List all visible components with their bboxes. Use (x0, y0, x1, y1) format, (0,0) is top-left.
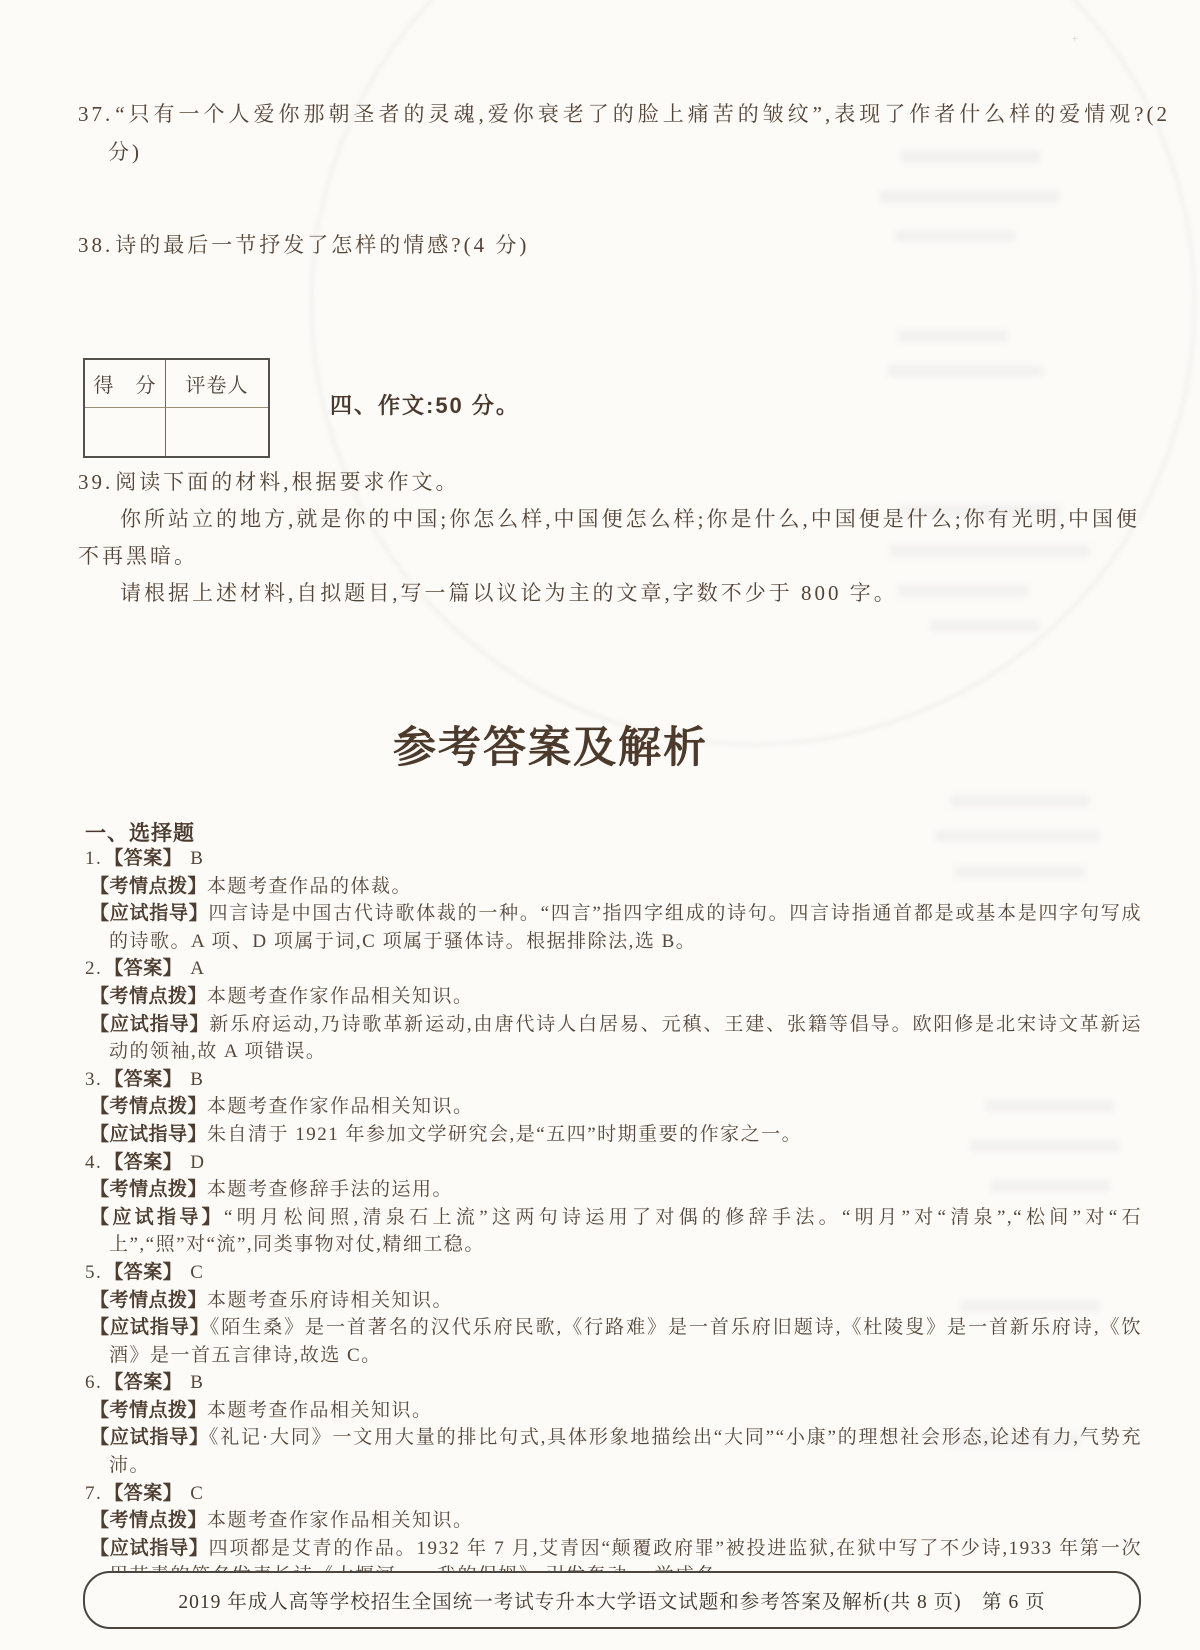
points-text: 本题考查作家作品相关知识。 (207, 986, 474, 1007)
points-text: 本题考查作品相关知识。 (207, 1400, 433, 1421)
answer-item-3: 3.【答案】B 【考情点拨】本题考查作家作品相关知识。 【应试指导】朱自清于 1… (85, 1066, 1142, 1149)
answer-item-4: 4.【答案】D 【考情点拨】本题考查修辞手法的运用。 【应试指导】“明月松间照,… (85, 1149, 1142, 1259)
scanned-exam-page: + 37.“只有一个人爱你那朝圣者的灵魂,爱你衰老了的脸上痛苦的皱纹”,表现了作… (0, 0, 1200, 1650)
answer-letter: B (190, 1069, 204, 1090)
answer-label: 【答案】 (104, 1372, 182, 1393)
item-number: 6. (85, 1372, 102, 1393)
answer-item-5: 5.【答案】C 【考情点拨】本题考查乐府诗相关知识。 【应试指导】《陌生桑》是一… (85, 1259, 1142, 1369)
points-label: 【考情点拨】 (90, 876, 207, 897)
question-lead: 阅读下面的材料,根据要求作文。 (115, 470, 459, 494)
score-header-cell: 得 分 (85, 360, 166, 408)
essay-material: 你所站立的地方,就是你的中国;你怎么样,中国便怎么样;你是什么,中国便是什么;你… (78, 501, 1140, 575)
points-text: 本题考查乐府诗相关知识。 (207, 1290, 453, 1311)
bleed-through-artifact (880, 190, 1060, 203)
answers-list: 1.【答案】B 【考情点拨】本题考查作品的体裁。 【应试指导】四言诗是中国古代诗… (85, 845, 1142, 1590)
footer-text: 2019 年成人高等学校招生全国统一考试专升本大学语文试题和参考答案及解析(共 … (178, 1586, 1045, 1614)
question-number: 38. (78, 233, 113, 257)
section-4-heading: 四、作文:50 分。 (330, 389, 520, 420)
guide-text: “明月松间照,清泉石上流”这两句诗运用了对偶的修辞手法。“明月”对“清泉”,“松… (109, 1207, 1142, 1256)
points-label: 【考情点拨】 (90, 1290, 207, 1311)
page-footer: 2019 年成人高等学校招生全国统一考试专升本大学语文试题和参考答案及解析(共 … (83, 1571, 1141, 1629)
score-blank-cell (85, 408, 166, 456)
subsection-multiple-choice: 一、选择题 (85, 817, 195, 847)
grader-header-cell: 评卷人 (166, 360, 268, 408)
answer-letter: B (190, 1372, 204, 1393)
item-number: 5. (85, 1262, 102, 1283)
guide-label: 【应试指导】 (90, 1124, 207, 1145)
item-number: 3. (85, 1069, 102, 1090)
answer-item-6: 6.【答案】B 【考情点拨】本题考查作品相关知识。 【应试指导】《礼记·大同》一… (85, 1369, 1142, 1479)
answer-letter: B (190, 848, 204, 869)
bleed-through-artifact (935, 830, 1100, 842)
answer-label: 【答案】 (104, 1262, 182, 1283)
item-number: 1. (85, 848, 102, 869)
guide-text: 《礼记·大同》一文用大量的排比句式,具体形象地描绘出“大同”“小康”的理想社会形… (109, 1427, 1142, 1476)
question-text: “只有一个人爱你那朝圣者的灵魂,爱你衰老了的脸上痛苦的皱纹”,表现了作者什么样的… (108, 102, 1170, 164)
item-number: 4. (85, 1152, 102, 1173)
points-label: 【考情点拨】 (90, 1400, 207, 1421)
points-text: 本题考查作家作品相关知识。 (207, 1510, 474, 1531)
points-text: 本题考查作品的体裁。 (207, 876, 412, 897)
essay-requirement: 请根据上述材料,自拟题目,写一篇以议论为主的文章,字数不少于 800 字。 (78, 575, 1140, 612)
points-label: 【考情点拨】 (90, 986, 207, 1007)
question-number: 39. (78, 470, 113, 494)
answer-label: 【答案】 (104, 1483, 182, 1504)
guide-text: 《陌生桑》是一首著名的汉代乐府民歌,《行路难》是一首乐府旧题诗,《杜陵叟》是一首… (109, 1317, 1142, 1366)
answer-item-1: 1.【答案】B 【考情点拨】本题考查作品的体裁。 【应试指导】四言诗是中国古代诗… (85, 845, 1142, 955)
answer-label: 【答案】 (104, 958, 182, 979)
answer-letter: A (190, 958, 205, 979)
bleed-through-artifact (930, 620, 1040, 632)
bleed-through-artifact (898, 330, 1008, 342)
answer-label: 【答案】 (104, 1069, 182, 1090)
guide-label: 【应试指导】 (90, 1207, 224, 1228)
points-label: 【考情点拨】 (90, 1096, 207, 1117)
question-number: 37. (78, 102, 113, 126)
item-number: 2. (85, 958, 102, 979)
answer-label: 【答案】 (104, 1152, 182, 1173)
guide-text: 新乐府运动,乃诗歌革新运动,由唐代诗人白居易、元稹、王建、张籍等倡导。欧阳修是北… (109, 1014, 1142, 1063)
guide-label: 【应试指导】 (90, 1317, 210, 1338)
guide-label: 【应试指导】 (90, 1014, 209, 1035)
answers-title: 参考答案及解析 (393, 714, 708, 775)
score-table: 得 分 评卷人 (83, 358, 270, 458)
answer-letter: D (190, 1152, 205, 1173)
guide-text: 四言诗是中国古代诗歌体裁的一种。“四言”指四字组成的诗句。四言诗指通首都是或基本… (109, 903, 1142, 952)
question-37: 37.“只有一个人爱你那朝圣者的灵魂,爱你衰老了的脸上痛苦的皱纹”,表现了作者什… (78, 95, 1170, 171)
answer-label: 【答案】 (104, 848, 182, 869)
points-label: 【考情点拨】 (90, 1510, 207, 1531)
answer-letter: C (190, 1262, 204, 1283)
item-number: 7. (85, 1483, 102, 1504)
question-38: 38.诗的最后一节抒发了怎样的情感?(4 分) (78, 226, 1170, 264)
grader-blank-cell (166, 408, 268, 456)
guide-label: 【应试指导】 (90, 1427, 209, 1448)
points-text: 本题考查作家作品相关知识。 (207, 1096, 474, 1117)
question-text: 诗的最后一节抒发了怎样的情感?(4 分) (115, 233, 529, 257)
answer-item-2: 2.【答案】A 【考情点拨】本题考查作家作品相关知识。 【应试指导】新乐府运动,… (85, 955, 1142, 1065)
guide-label: 【应试指导】 (90, 903, 209, 924)
bleed-through-artifact (950, 795, 1090, 807)
bleed-through-artifact (888, 365, 1043, 377)
points-text: 本题考查修辞手法的运用。 (207, 1179, 453, 1200)
answer-letter: C (190, 1483, 204, 1504)
registration-mark: + (1072, 34, 1078, 45)
points-label: 【考情点拨】 (90, 1179, 207, 1200)
guide-text: 朱自清于 1921 年参加文学研究会,是“五四”时期重要的作家之一。 (207, 1124, 802, 1145)
question-39: 39.阅读下面的材料,根据要求作文。 你所站立的地方,就是你的中国;你怎么样,中… (78, 464, 1140, 612)
guide-label: 【应试指导】 (90, 1538, 209, 1559)
